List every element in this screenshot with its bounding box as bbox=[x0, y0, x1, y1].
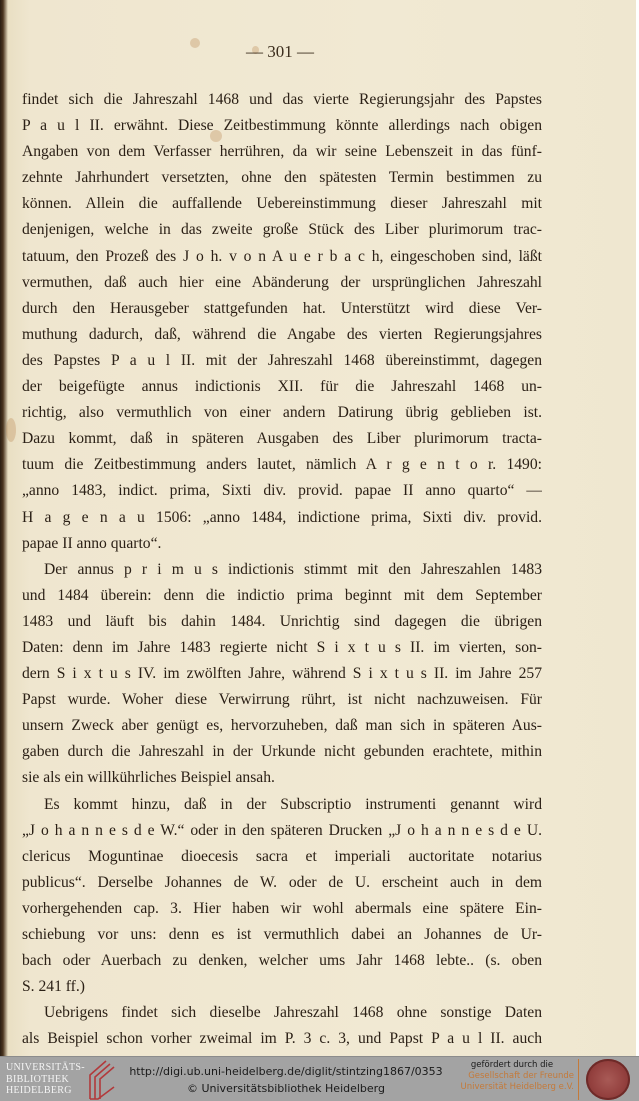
page-number: — 301 — bbox=[0, 42, 560, 62]
text-line: „anno 1483, indict. prima, Sixti div. pr… bbox=[22, 478, 542, 504]
sponsor-credit: gefördert durch die Gesellschaft der Fre… bbox=[450, 1060, 574, 1093]
permalink[interactable]: http://digi.ub.uni-heidelberg.de/diglit/… bbox=[126, 1065, 446, 1078]
text-line: clericus Moguntinae dioecesis sacra et i… bbox=[22, 844, 542, 870]
text-line: als Beispiel schon vorher zweimal im P. … bbox=[22, 1026, 542, 1052]
university-seal-icon bbox=[586, 1059, 630, 1100]
text-line: zehnte Jahrhundert versetzten, ohne den … bbox=[22, 165, 542, 191]
text-line: S. 241 ff.) bbox=[22, 974, 542, 1000]
text-line: und 1484 überein: denn die indictio prim… bbox=[22, 583, 542, 609]
text-line: Dazu kommt, daß in späteren Ausgaben des… bbox=[22, 426, 542, 452]
text-line: vorhergehenden cap. 3. Hier haben wir wo… bbox=[22, 896, 542, 922]
sponsor-line: Universität Heidelberg e.V. bbox=[450, 1082, 574, 1093]
text-line: der beigefügte annus indictionis XII. fü… bbox=[22, 374, 542, 400]
body-text: findet sich die Jahreszahl 1468 und das … bbox=[22, 87, 542, 1052]
text-line: Es kommt hinzu, daß in der Subscriptio i… bbox=[22, 792, 542, 818]
text-line: P a u l II. erwähnt. Diese Zeitbestimmun… bbox=[22, 113, 542, 139]
text-line: denjenigen, welche in das zweite große S… bbox=[22, 217, 542, 243]
text-line: vermuthen, daß auch hier eine Abänderung… bbox=[22, 270, 542, 296]
text-line: tuum die Zeitbestimmung anders lautet, n… bbox=[22, 452, 542, 478]
text-line: unsern Zweck aber genügt es, hervorzuheb… bbox=[22, 713, 542, 739]
text-line: schiebung vor uns: denn es ist vermuthli… bbox=[22, 922, 542, 948]
sponsor-line: Gesellschaft der Freunde bbox=[450, 1071, 574, 1082]
text-line: durch den Herausgeber stattgefunden hat.… bbox=[22, 296, 542, 322]
text-line: papae II anno quarto“. bbox=[22, 531, 542, 557]
footer-bar: UNIVERSITÄTS- BIBLIOTHEK HEIDELBERG http… bbox=[0, 1056, 639, 1101]
scanned-page: — 301 — findet sich die Jahreszahl 1468 … bbox=[0, 0, 639, 1056]
sponsor-prefix: gefördert durch die bbox=[450, 1060, 574, 1071]
footer-divider bbox=[578, 1059, 579, 1100]
library-name: UNIVERSITÄTS- BIBLIOTHEK HEIDELBERG bbox=[6, 1062, 85, 1097]
text-line: Angaben von dem Verfasser herrühren, da … bbox=[22, 139, 542, 165]
text-line: muthung dadurch, daß, während die Angabe… bbox=[22, 322, 542, 348]
text-line: „J o h a n n e s d e W.“ oder in den spä… bbox=[22, 818, 542, 844]
library-name-line: HEIDELBERG bbox=[6, 1085, 85, 1097]
text-line: dern S i x t u s IV. im zwölften Jahre, … bbox=[22, 661, 542, 687]
library-logo-icon bbox=[84, 1059, 120, 1101]
text-line: tatuum, den Prozeß des J o h. v o n A u … bbox=[22, 244, 542, 270]
text-line: bach oder Auerbach zu denken, welcher um… bbox=[22, 948, 542, 974]
text-line: H a g e n a u 1506: „anno 1484, indictio… bbox=[22, 505, 542, 531]
text-line: Der annus p r i m u s indictionis stimmt… bbox=[22, 557, 542, 583]
library-name-line: BIBLIOTHEK bbox=[6, 1074, 85, 1086]
text-line: 1483 und läuft bis dahin 1484. Unrichtig… bbox=[22, 609, 542, 635]
text-line: Papst wurde. Woher diese Verwirrung rühr… bbox=[22, 687, 542, 713]
text-line: können. Allein die auffallende Uebereins… bbox=[22, 191, 542, 217]
text-line: Uebrigens findet sich dieselbe Jahreszah… bbox=[22, 1000, 542, 1026]
text-line: findet sich die Jahreszahl 1468 und das … bbox=[22, 87, 542, 113]
copyright-notice: © Universitätsbibliothek Heidelberg bbox=[126, 1082, 446, 1095]
text-line: sie als ein willkührliches Beispiel ansa… bbox=[22, 765, 542, 791]
text-line: publicus“. Derselbe Johannes de W. oder … bbox=[22, 870, 542, 896]
text-line: Daten: denn im Jahre 1483 regierte nicht… bbox=[22, 635, 542, 661]
paper-stain bbox=[6, 418, 16, 442]
text-line: gaben durch die Jahreszahl in der Urkund… bbox=[22, 739, 542, 765]
text-line: des Papstes P a u l II. mit der Jahresza… bbox=[22, 348, 542, 374]
text-line: richtig, also vermuthlich von einer ande… bbox=[22, 400, 542, 426]
library-name-line: UNIVERSITÄTS- bbox=[6, 1062, 85, 1074]
